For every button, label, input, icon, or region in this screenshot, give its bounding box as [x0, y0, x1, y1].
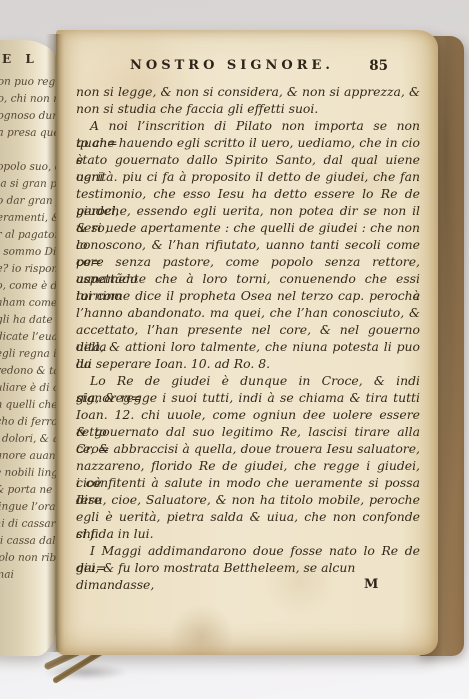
text-line: & si uede apertamente : che quelli de gi…	[76, 219, 420, 236]
text-line: Lo Re de giudei è dunque in Croce, & ind…	[76, 372, 420, 389]
text-line: & gouernato dal suo legitimo Re, lascisi…	[76, 423, 420, 440]
main-text-lines: non si legge, & non si considera, & non …	[76, 83, 420, 576]
text-line: ce, & abbraccisi à quella, doue trouera …	[76, 440, 420, 457]
text-line: testimonio, che esso Iesu ha detto esser…	[76, 185, 420, 202]
text-line: lui seperare Ioan. 10. ad Ro. 8.	[76, 355, 420, 372]
text-line: i confitenti à salute in modo che uerame…	[76, 474, 420, 491]
text-line: I Maggi addimandarono doue fosse nato lo…	[76, 542, 420, 559]
right-page: NOSTRO SIGNORE. 85 non si legge, & non s…	[56, 30, 438, 655]
text-line: si fida in lui.	[76, 525, 420, 542]
text-line: Ioan. 12. chi uuole, come ogniun dee uol…	[76, 406, 420, 423]
left-page: E L on puo regnao, chi non maognoso dunq…	[0, 40, 58, 656]
text-block: NOSTRO SIGNORE. 85 non si legge, & non s…	[76, 58, 420, 593]
page-number: 85	[369, 58, 388, 74]
text-line: accettato, l’han presente nel core, & ne…	[76, 321, 420, 338]
text-line: dei, & fu loro mostrata Bettheleem, se a…	[76, 559, 420, 576]
text-line: egli è uerità, pietra salda & uiua, che …	[76, 508, 420, 525]
text-line: uita, & attioni loro talmente, che niuna…	[76, 338, 420, 355]
running-header-title: NOSTRO SIGNORE.	[130, 58, 334, 73]
text-line: gia, & regge i suoi tutti, indi à se chi…	[76, 389, 420, 406]
text-line: lui come dice il propheta Osea nel terzo…	[76, 287, 420, 304]
text-line: Iesu, cioe, Saluatore, & non ha titolo m…	[76, 491, 420, 508]
text-line: stato gouernato dallo Spirito Santo, dal…	[76, 151, 420, 168]
text-line: nazzareno, florido Re de giudei, che reg…	[76, 457, 420, 474]
text-line: core senza pastore, come popolo senza re…	[76, 253, 420, 270]
text-line: peroche, essendo egli uerita, non potea …	[76, 202, 420, 219]
text-line: to che hauendo egli scritto il uero, ued…	[76, 134, 420, 151]
left-page-header: E L	[2, 52, 39, 66]
text-line: uerità. piu ci fa à proposito il detto d…	[76, 168, 420, 185]
running-header: NOSTRO SIGNORE. 85	[76, 58, 420, 83]
text-line: non si legge, & non si considera, & non …	[76, 83, 420, 100]
book-photo: E L on puo regnao, chi non maognoso dunq…	[0, 0, 469, 699]
text-line: conoscono, & l’han rifiutato, uanno tant…	[76, 236, 420, 253]
text-line: l’hanno abandonato. ma quei, che l’han c…	[76, 304, 420, 321]
text-line: uanamente che à loro torni, conuenendo c…	[76, 270, 420, 287]
text-line: non si studia che faccia gli effetti suo…	[76, 100, 420, 117]
text-line: A noi l’inscrition di Pilato non importa…	[76, 117, 420, 134]
